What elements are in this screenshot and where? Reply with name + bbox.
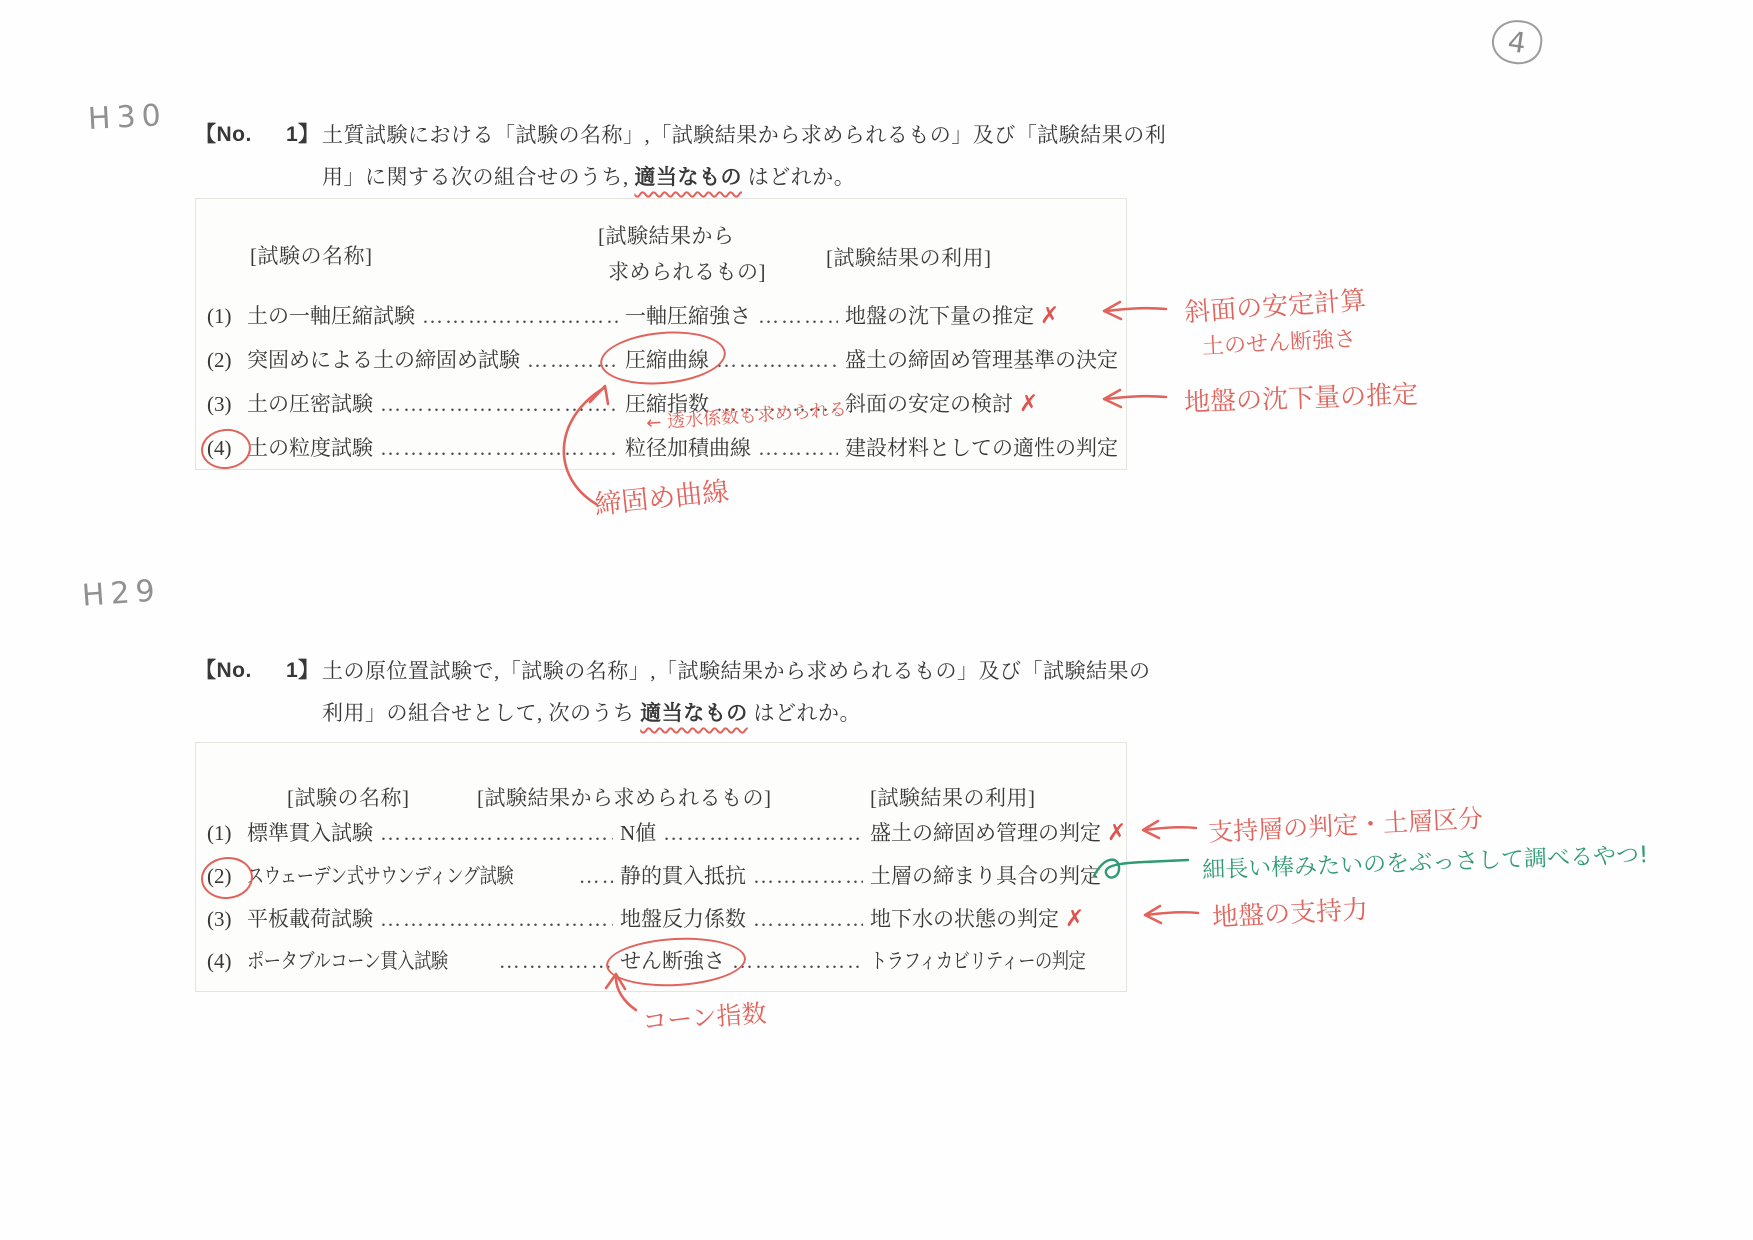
test-result: N値 — [620, 820, 656, 846]
dot-leader: ………………………………………………………………………… — [753, 906, 863, 932]
left-arrow-icon — [1138, 903, 1200, 927]
curved-arrow-icon — [538, 376, 648, 508]
dot-leader: ………………………………………………………………………… — [663, 820, 863, 846]
test-use: トラフィカビリティーの判定 — [870, 948, 1085, 974]
dot-leader: ………………………………………………………………………… — [758, 303, 838, 329]
left-arrow-icon — [1096, 386, 1168, 412]
table-row: (3) 平板載荷試験………………………………………………………………………… 地… — [207, 906, 1127, 932]
question-text-line2-pre: 用」に関する次の組合せのうち, — [322, 165, 629, 189]
row-number: (4) — [207, 948, 247, 974]
test-result: 静的貫入抵抗 — [620, 863, 746, 889]
question-no-prefix: 【No. — [195, 120, 252, 150]
test-name: 土の粒度試験 — [247, 435, 373, 461]
column-header-result-line1: [試験結果から — [598, 220, 735, 250]
column-header-result-use: [試験結果の利用] — [826, 242, 992, 272]
question-text-line2: 用」に関する次の組合せのうち, 適当なもの はどれか。 — [322, 162, 855, 193]
question-text-line1: 土質試験における「試験の名称」,「試験結果から求められるもの」及び「試験結果の利 — [322, 120, 1166, 150]
question-no-number: 1】 — [286, 656, 320, 686]
dot-leader: ………………………………………………………………………… — [758, 435, 838, 461]
handwritten-note-shear-strength: 土のせん断強さ — [1201, 322, 1356, 361]
left-arrow-icon — [1136, 818, 1198, 842]
question-keyword: 適当なもの — [635, 166, 743, 189]
handwritten-note-bearing-layer: 支持層の判定・土層区分 — [1207, 799, 1484, 849]
test-use: 建設材料としての適性の判定 — [845, 435, 1118, 461]
question-no-number: 1】 — [286, 120, 320, 150]
column-header-result-line2: 求められるもの] — [608, 256, 766, 286]
page-number-badge: 4 — [1489, 17, 1545, 68]
question-text-line2-post: はどれか。 — [748, 165, 856, 189]
page-number: 4 — [1506, 24, 1528, 59]
test-name: 標準貫入試験 — [247, 820, 373, 846]
dot-leader: ………………………………………………………………………… — [422, 303, 618, 329]
table-row: (1) 土の一軸圧縮試験…………………………………………………………………………… — [207, 303, 1127, 329]
question-text-line1: 土の原位置試験で,「試験の名称」,「試験結果から求められるもの」及び「試験結果の — [322, 656, 1151, 686]
left-arrow-icon — [1096, 298, 1168, 324]
test-name: 平板載荷試験 — [247, 906, 373, 932]
year-label-h29: H29 — [81, 573, 162, 613]
dot-leader: ………………………………………………………………………… — [732, 948, 863, 974]
column-header-test-name: [試験の名称] — [287, 782, 410, 812]
table-row: (4) 土の粒度試験………………………………………………………………………… 粒… — [207, 435, 1127, 461]
column-header-result: [試験結果から求められるもの] — [477, 782, 772, 812]
dot-leader: ………………………………………………………………………… — [753, 863, 863, 889]
dot-leader: ………………………………………………………………………… — [579, 863, 613, 889]
handwritten-note-cone-index: コーン指数 — [641, 994, 768, 1039]
row-number: (1) — [207, 303, 247, 329]
question-no-prefix: 【No. — [195, 656, 252, 686]
row-number: (1) — [207, 820, 247, 846]
scanned-exam-page: 4 H30 【No. 1】 土質試験における「試験の名称」,「試験結果から求めら… — [0, 0, 1753, 1240]
row-number: (2) — [207, 347, 247, 373]
test-name: スウェーデン式サウンディング試験 — [247, 863, 513, 889]
test-result: 一軸圧縮強さ — [625, 303, 751, 329]
test-use: 土層の締まり具合の判定 — [870, 863, 1101, 889]
question-text-line2: 利用」の組合せとして, 次のうち 適当なもの はどれか。 — [322, 698, 861, 729]
test-name: 土の一軸圧縮試験 — [247, 303, 415, 329]
dot-leader: ………………………………………………………………………… — [380, 820, 613, 846]
test-name: 突固めによる土の締固め試験 — [247, 347, 520, 373]
test-use: 地下水の状態の判定 — [870, 906, 1059, 932]
up-arrow-icon — [592, 970, 648, 1012]
table-row: (2) スウェーデン式サウンディング試験……………………………………………………… — [207, 863, 1127, 889]
handwritten-note-bearing-capacity: 地盤の支持力 — [1211, 889, 1369, 934]
question-keyword: 適当なもの — [640, 702, 748, 725]
test-use: 斜面の安定の検討 — [845, 391, 1013, 417]
table-row: (1) 標準貫入試験………………………………………………………………………… N… — [207, 820, 1127, 846]
wrong-mark: ✗ — [1065, 906, 1084, 932]
test-use: 盛土の締固め管理基準の決定 — [845, 347, 1118, 373]
wrong-mark: ✗ — [1107, 820, 1126, 846]
test-use: 盛土の締固め管理の判定 — [870, 820, 1101, 846]
question-text-line2-pre: 利用」の組合せとして, 次のうち — [322, 701, 635, 725]
column-header-result-use: [試験結果の利用] — [870, 782, 1036, 812]
year-label-h30: H30 — [87, 98, 167, 137]
question-text-line2-post: はどれか。 — [754, 701, 862, 725]
dot-leader: ………………………………………………………………………… — [380, 906, 613, 932]
wrong-mark: ✗ — [1019, 391, 1038, 417]
squiggle-arrow-icon — [1092, 852, 1192, 886]
column-header-test-name: [試験の名称] — [250, 240, 373, 270]
handwritten-note-settlement: 地盤の沈下量の推定 — [1183, 374, 1418, 419]
dot-leader: ………………………………………………………………………… — [716, 347, 838, 373]
test-name: 土の圧密試験 — [247, 391, 373, 417]
test-name: ポータブルコーン貫入試験 — [247, 948, 448, 974]
row-number: (3) — [207, 391, 247, 417]
row-number: (3) — [207, 906, 247, 932]
test-use: 地盤の沈下量の推定 — [845, 303, 1034, 329]
test-result: 地盤反力係数 — [620, 906, 746, 932]
wrong-mark: ✗ — [1040, 303, 1059, 329]
